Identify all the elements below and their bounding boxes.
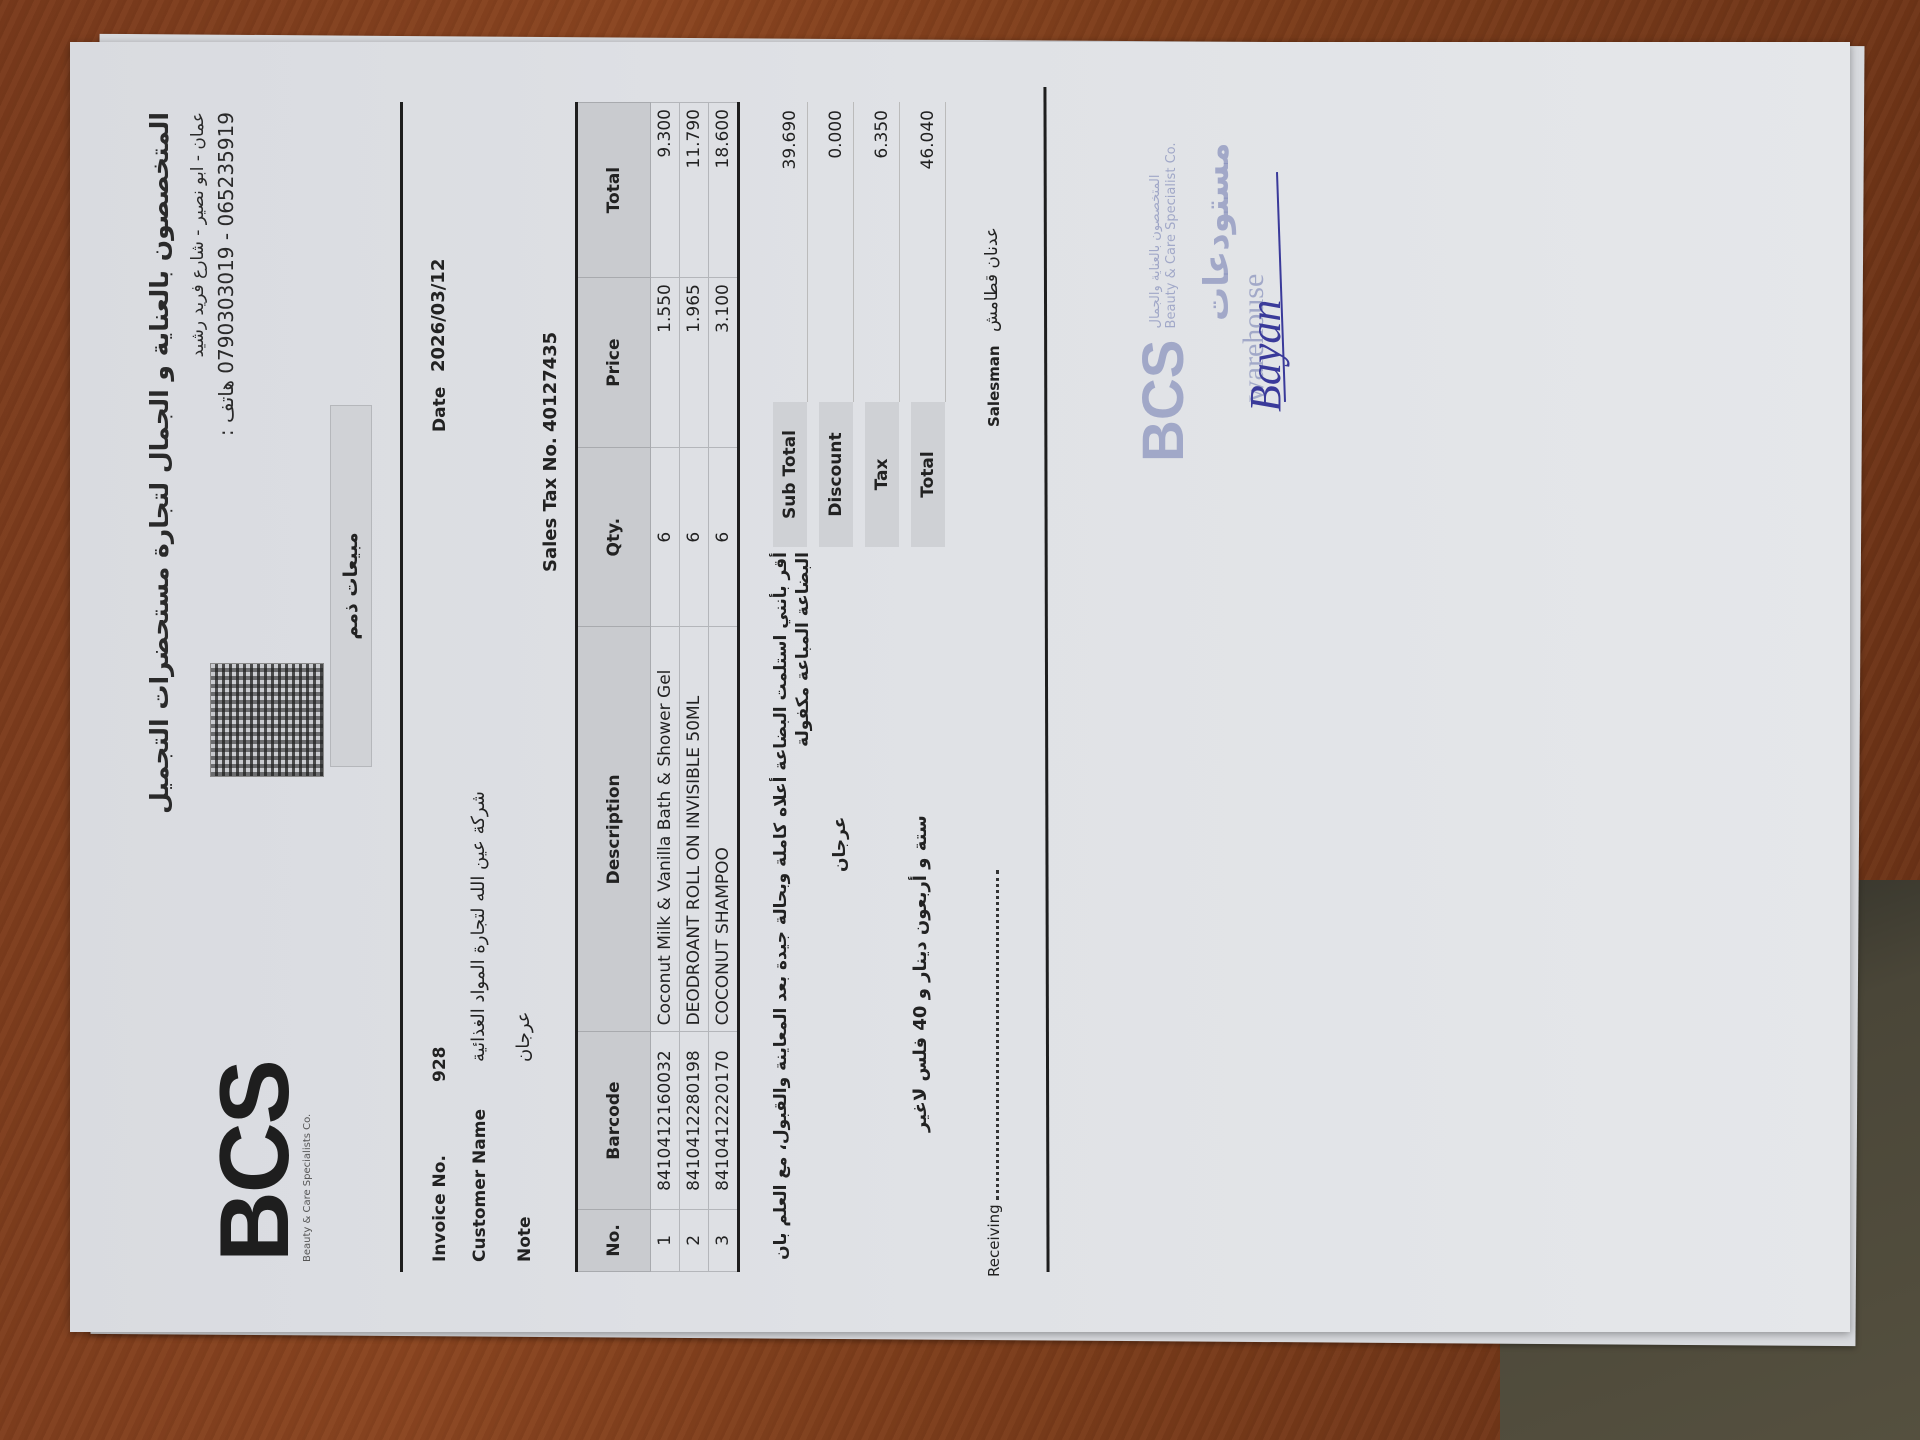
discount-row: Discount 0.000 bbox=[816, 102, 856, 547]
acknowledgement-note: عرجان bbox=[830, 817, 850, 872]
sales-tax-label: Sales Tax No. bbox=[540, 437, 561, 572]
acknowledgement-text: أقر بأنني استلمت البضاعة أعلاه كاملة وبح… bbox=[770, 552, 814, 1272]
note-value: عرجان bbox=[513, 1011, 534, 1062]
salesman-name: عدنان قطامش bbox=[982, 227, 1002, 332]
cell-price: 3.100 bbox=[709, 278, 739, 448]
invoice-paper: BCS Beauty & Care Specialists Co. المتخص… bbox=[70, 42, 1850, 1332]
grand-total-value: 46.040 bbox=[911, 102, 946, 402]
company-address: عمان - ابو نصير - شارع فريد رشيد bbox=[188, 112, 208, 872]
totals-block: Sub Total 39.690 Discount 0.000 Tax 6.35… bbox=[770, 102, 954, 547]
company-name-ar: المتخصصون بالعناية و الجمال لتجارة مستحض… bbox=[145, 112, 174, 872]
customer-name-value: شركة عين الله لتجارة المواد الغذائية bbox=[468, 791, 489, 1062]
stamp-line-ar: المتخصصون بالعناية والجمال bbox=[1148, 143, 1164, 329]
col-barcode: Barcode bbox=[577, 1032, 651, 1209]
col-total: Total bbox=[577, 103, 651, 278]
discount-value: 0.000 bbox=[819, 102, 854, 402]
receiving-label: Receiving bbox=[985, 1204, 1003, 1277]
cell-total: 11.790 bbox=[680, 103, 709, 278]
table-row: 1 8410412160032 Coconut Milk & Vanilla B… bbox=[651, 103, 680, 1272]
subtotal-value: 39.690 bbox=[773, 102, 808, 402]
date-value: 2026/03/12 bbox=[428, 259, 449, 372]
footer-divider bbox=[1043, 87, 1049, 1272]
cell-qty: 6 bbox=[709, 448, 739, 627]
cell-total: 18.600 bbox=[709, 103, 739, 278]
cell-barcode: 8410412280198 bbox=[680, 1032, 709, 1209]
company-logo: BCS Beauty & Care Specialists Co. bbox=[210, 1061, 313, 1262]
stamp-lines: المتخصصون بالعناية والجمال Beauty & Care… bbox=[1148, 143, 1180, 329]
customer-name-label: Customer Name bbox=[470, 1109, 490, 1262]
tax-label: Tax bbox=[865, 402, 899, 547]
salesman-label: Salesman bbox=[985, 345, 1003, 427]
receiving-dotted-line bbox=[996, 870, 999, 1200]
cell-barcode: 8410412220170 bbox=[709, 1032, 739, 1209]
cell-description: COCONUT SHAMPOO bbox=[709, 627, 739, 1032]
cell-description: DEODROANT ROLL ON INVISIBLE 50ML bbox=[680, 627, 709, 1032]
cell-price: 1.965 bbox=[680, 278, 709, 448]
cell-price: 1.550 bbox=[651, 278, 680, 448]
subtotal-label: Sub Total bbox=[773, 402, 807, 547]
header-divider bbox=[400, 102, 403, 1272]
cell-description: Coconut Milk & Vanilla Bath & Shower Gel bbox=[651, 627, 680, 1032]
table-row: 3 8410412220170 COCONUT SHAMPOO 6 3.100 … bbox=[709, 103, 739, 1272]
invoice-page: BCS Beauty & Care Specialists Co. المتخص… bbox=[70, 42, 1850, 1332]
sales-tax-value: 40127435 bbox=[540, 332, 561, 432]
date-label: Date bbox=[430, 387, 450, 432]
document-type-box: مبيعات ذمم bbox=[330, 405, 372, 767]
col-qty: Qty. bbox=[577, 448, 651, 627]
company-phones: 065235919 - 0790303019 هاتف : bbox=[214, 112, 238, 872]
table-header-row: No. Barcode Description Qty. Price Total bbox=[577, 103, 651, 1272]
logo-text: BCS bbox=[210, 1061, 298, 1262]
tax-row: Tax 6.350 bbox=[862, 102, 902, 547]
phone-numbers: 065235919 - 0790303019 bbox=[214, 112, 238, 374]
grand-total-label: Total bbox=[911, 402, 945, 547]
cell-no: 3 bbox=[709, 1209, 739, 1271]
company-header: المتخصصون بالعناية و الجمال لتجارة مستحض… bbox=[145, 112, 238, 872]
receiving-field: Receiving bbox=[985, 870, 1003, 1277]
cell-total: 9.300 bbox=[651, 103, 680, 278]
phone-label: هاتف : bbox=[214, 380, 238, 436]
col-price: Price bbox=[577, 278, 651, 448]
note-label: Note bbox=[515, 1216, 535, 1262]
col-no: No. bbox=[577, 1209, 651, 1271]
stamp-logo: BCS bbox=[1130, 340, 1197, 462]
discount-label: Discount bbox=[819, 402, 853, 547]
table-row: 2 8410412280198 DEODROANT ROLL ON INVISI… bbox=[680, 103, 709, 1272]
items-table: No. Barcode Description Qty. Price Total… bbox=[575, 102, 740, 1272]
invoice-no-label: Invoice No. bbox=[430, 1155, 450, 1262]
invoice-no-value: 928 bbox=[430, 1047, 450, 1083]
stamp-line-en: Beauty & Care Specialist Co. bbox=[1164, 143, 1180, 329]
cell-qty: 6 bbox=[680, 448, 709, 627]
cell-no: 2 bbox=[680, 1209, 709, 1271]
stamp-warehouse-ar: مستودعات bbox=[1197, 143, 1237, 463]
col-description: Description bbox=[577, 627, 651, 1032]
tax-value: 6.350 bbox=[865, 102, 900, 402]
subtotal-row: Sub Total 39.690 bbox=[770, 102, 810, 547]
grand-total-row: Total 46.040 bbox=[908, 102, 948, 547]
cell-barcode: 8410412160032 bbox=[651, 1032, 680, 1209]
amount-in-words: ستة و أربعون دينار و 40 فلس لاغير bbox=[910, 815, 931, 1132]
cell-no: 1 bbox=[651, 1209, 680, 1271]
cell-qty: 6 bbox=[651, 448, 680, 627]
